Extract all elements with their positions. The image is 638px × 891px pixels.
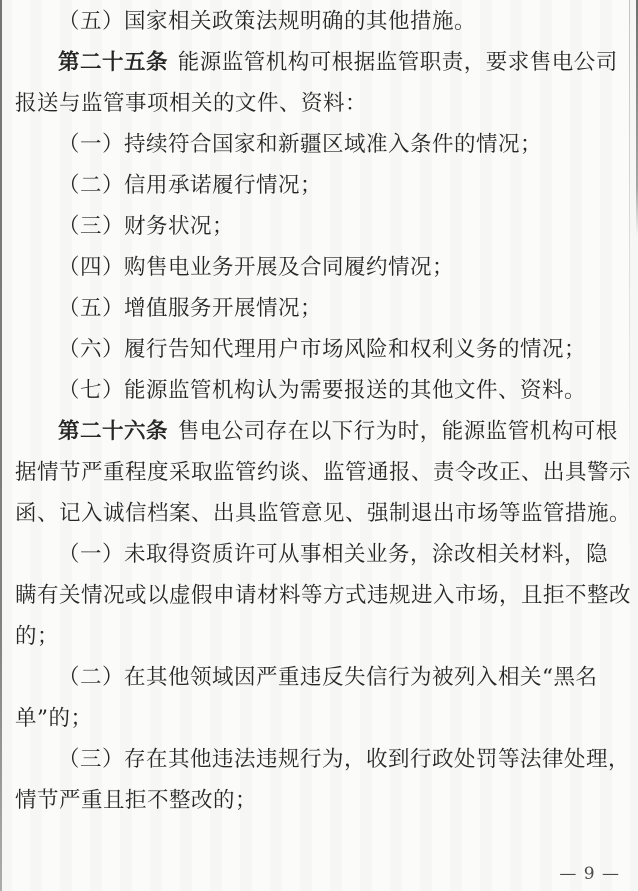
text-line: 据情节严重程度采取监管约谈、监管通报、责令改正、出具警示 (15, 452, 623, 493)
line-text: （一）未取得资质许可从事相关业务，涂改相关材料，隐 (58, 542, 608, 567)
text-line: （二）在其他领域因严重违反失信行为被列入相关“黑名 (15, 657, 623, 698)
text-line: 的； (15, 616, 623, 657)
line-text: （三）存在其他违法违规行为，收到行政处罚等法律处理， (58, 747, 630, 772)
line-text: （一）持续符合国家和新疆区域准入条件的情况； (58, 132, 542, 157)
line-text: 单”的； (15, 706, 93, 731)
line-text: （四）购售电业务开展及合同履约情况； (58, 255, 454, 280)
text-line: 函、记入诚信档案、出具监管意见、强制退出市场等监管措施。 (15, 493, 623, 534)
scanned-document-page: （五）国家相关政策法规明确的其他措施。第二十五条能源监管机构可根据监管职责，要求… (0, 0, 638, 891)
line-text: 瞒有关情况或以虚假申请材料等方式违规进入市场，且拒不整改 (15, 583, 631, 608)
article-number: 第二十五条 (58, 50, 168, 75)
line-text: （六）履行告知代理用户市场风险和权利义务的情况； (58, 337, 586, 362)
text-line: （三）财务状况； (15, 206, 623, 247)
text-line: （五）国家相关政策法规明确的其他措施。 (15, 1, 623, 42)
text-line: （一）未取得资质许可从事相关业务，涂改相关材料，隐 (15, 534, 623, 575)
text-line: 第二十五条能源监管机构可根据监管职责，要求售电公司 (15, 42, 623, 83)
text-line: （四）购售电业务开展及合同履约情况； (15, 247, 623, 288)
scan-edge-left (0, 0, 2, 891)
document-body: （五）国家相关政策法规明确的其他措施。第二十五条能源监管机构可根据监管职责，要求… (15, 1, 623, 821)
line-text: 情节严重且拒不整改的； (15, 788, 257, 813)
text-line: 瞒有关情况或以虚假申请材料等方式违规进入市场，且拒不整改 (15, 575, 623, 616)
line-text: （二）在其他领域因严重违反失信行为被列入相关“黑名 (58, 665, 598, 690)
line-text: 据情节严重程度采取监管约谈、监管通报、责令改正、出具警示 (15, 460, 631, 485)
text-line: （一）持续符合国家和新疆区域准入条件的情况； (15, 124, 623, 165)
article-number: 第二十六条 (58, 419, 168, 444)
line-text: 售电公司存在以下行为时，能源监管机构可根 (178, 419, 618, 444)
line-text: 的； (15, 624, 59, 649)
text-line: 第二十六条售电公司存在以下行为时，能源监管机构可根 (15, 411, 623, 452)
text-line: （七）能源监管机构认为需要报送的其他文件、资料。 (15, 370, 623, 411)
line-text: （五）增值服务开展情况； (58, 296, 322, 321)
text-line: （二）信用承诺履行情况； (15, 165, 623, 206)
line-text: 能源监管机构可根据监管职责，要求售电公司 (178, 50, 618, 75)
line-text: 报送与监管事项相关的文件、资料： (15, 91, 367, 116)
line-text: （二）信用承诺履行情况； (58, 173, 322, 198)
text-line: （六）履行告知代理用户市场风险和权利义务的情况； (15, 329, 623, 370)
text-line: （三）存在其他违法违规行为，收到行政处罚等法律处理， (15, 739, 623, 780)
text-line: （五）增值服务开展情况； (15, 288, 623, 329)
line-text: （五）国家相关政策法规明确的其他措施。 (58, 9, 476, 34)
line-text: （七）能源监管机构认为需要报送的其他文件、资料。 (58, 378, 586, 403)
line-text: （三）财务状况； (58, 214, 234, 239)
line-text: 函、记入诚信档案、出具监管意见、强制退出市场等监管措施。 (15, 501, 631, 526)
page-number: — 9 — (559, 864, 620, 884)
text-line: 单”的； (15, 698, 623, 739)
text-line: 报送与监管事项相关的文件、资料： (15, 83, 623, 124)
text-line: 情节严重且拒不整改的； (15, 780, 623, 821)
